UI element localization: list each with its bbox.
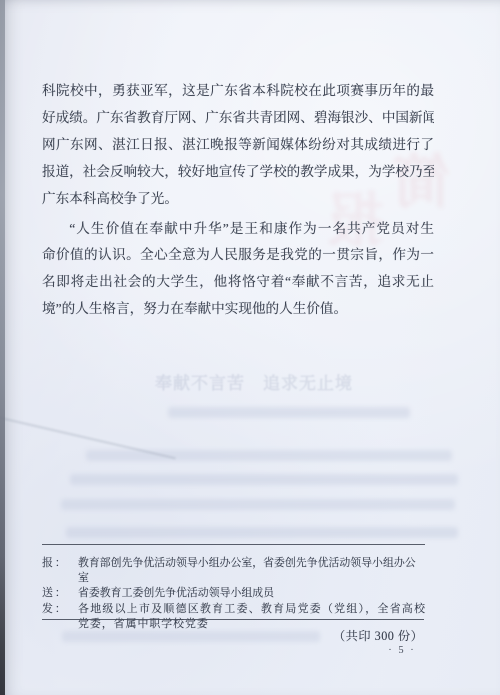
text-line: 网广东网、湛江日报、湛江晚报等新闻媒体纷纷对其成绩进行了 bbox=[42, 132, 434, 159]
distribution-text: 省委教育工委创先争优活动领导小组成员 bbox=[78, 586, 425, 601]
bleedthrough-smudge bbox=[61, 499, 455, 510]
text-line: “人生价值在奉献中升华”是王和康作为一名共产党员对生 bbox=[42, 216, 434, 243]
bleedthrough-smudge bbox=[62, 631, 320, 642]
text-line: 名即将走出社会的大学生，他将恪守着“奉献不言苦，追求无止 bbox=[42, 269, 434, 296]
bleedthrough-heading: 奉献不言苦 追求无止境 bbox=[155, 369, 357, 394]
distribution-text-line: 各地级以上市及顺德区教育工委、教育局党委（党组），全省高校 bbox=[78, 602, 425, 617]
bleedthrough-smudge bbox=[168, 407, 410, 418]
text-line: 报道，社会反响较大，较好地宣传了学校的教学成果，为学校乃至 bbox=[42, 159, 434, 186]
body-text: 科院校中，勇获亚军，这是广东省本科院校在此项赛事历年的最 好成绩。广东省教育厅网… bbox=[42, 78, 434, 323]
text-line: 科院校中，勇获亚军，这是广东省本科院校在此项赛事历年的最 bbox=[42, 78, 434, 105]
text-line: 广东本科高校争了光。 bbox=[42, 186, 434, 213]
distribution-row-song: 送： 省委教育工委创先争优活动领导小组成员 bbox=[42, 586, 425, 601]
scan-edge-shadow bbox=[0, 0, 5, 695]
paragraph-2: “人生价值在奉献中升华”是王和康作为一名共产党员对生 命价值的认识。全心全意为人… bbox=[42, 216, 434, 324]
bleedthrough-smudge bbox=[66, 527, 458, 538]
distribution-row-bao: 报： 教育部创先争优活动领导小组办公室，省委创先争优活动领导小组办公室 bbox=[42, 556, 425, 586]
distribution-text: 教育部创先争优活动领导小组办公室，省委创先争优活动领导小组办公室 bbox=[78, 556, 425, 586]
distribution-label: 报： bbox=[42, 556, 78, 586]
scanned-document-page: 简 报 奉献不言苦 追求无止境 科院校中，勇获亚军，这是广东省本科院校在此项赛事… bbox=[0, 0, 500, 695]
text-line: 命价值的认识。全心全意为人民服务是我党的一贯宗旨，作为一 bbox=[42, 242, 434, 269]
text-line: 境”的人生格言，努力在奉献中实现他的人生价值。 bbox=[42, 296, 434, 323]
print-count: （共印 300 份） bbox=[333, 627, 423, 644]
bleedthrough-smudge bbox=[86, 450, 452, 461]
separator-rule bbox=[42, 619, 424, 620]
bleedthrough-smudge bbox=[70, 474, 458, 485]
text-line: 好成绩。广东省教育厅网、广东省共青团网、碧海银沙、中国新闻 bbox=[42, 105, 434, 132]
page-number: · 5 · bbox=[381, 645, 423, 656]
distribution-label: 发： bbox=[42, 602, 78, 632]
paragraph-1: 科院校中，勇获亚军，这是广东省本科院校在此项赛事历年的最 好成绩。广东省教育厅网… bbox=[42, 78, 434, 213]
distribution-label: 送： bbox=[42, 586, 78, 601]
